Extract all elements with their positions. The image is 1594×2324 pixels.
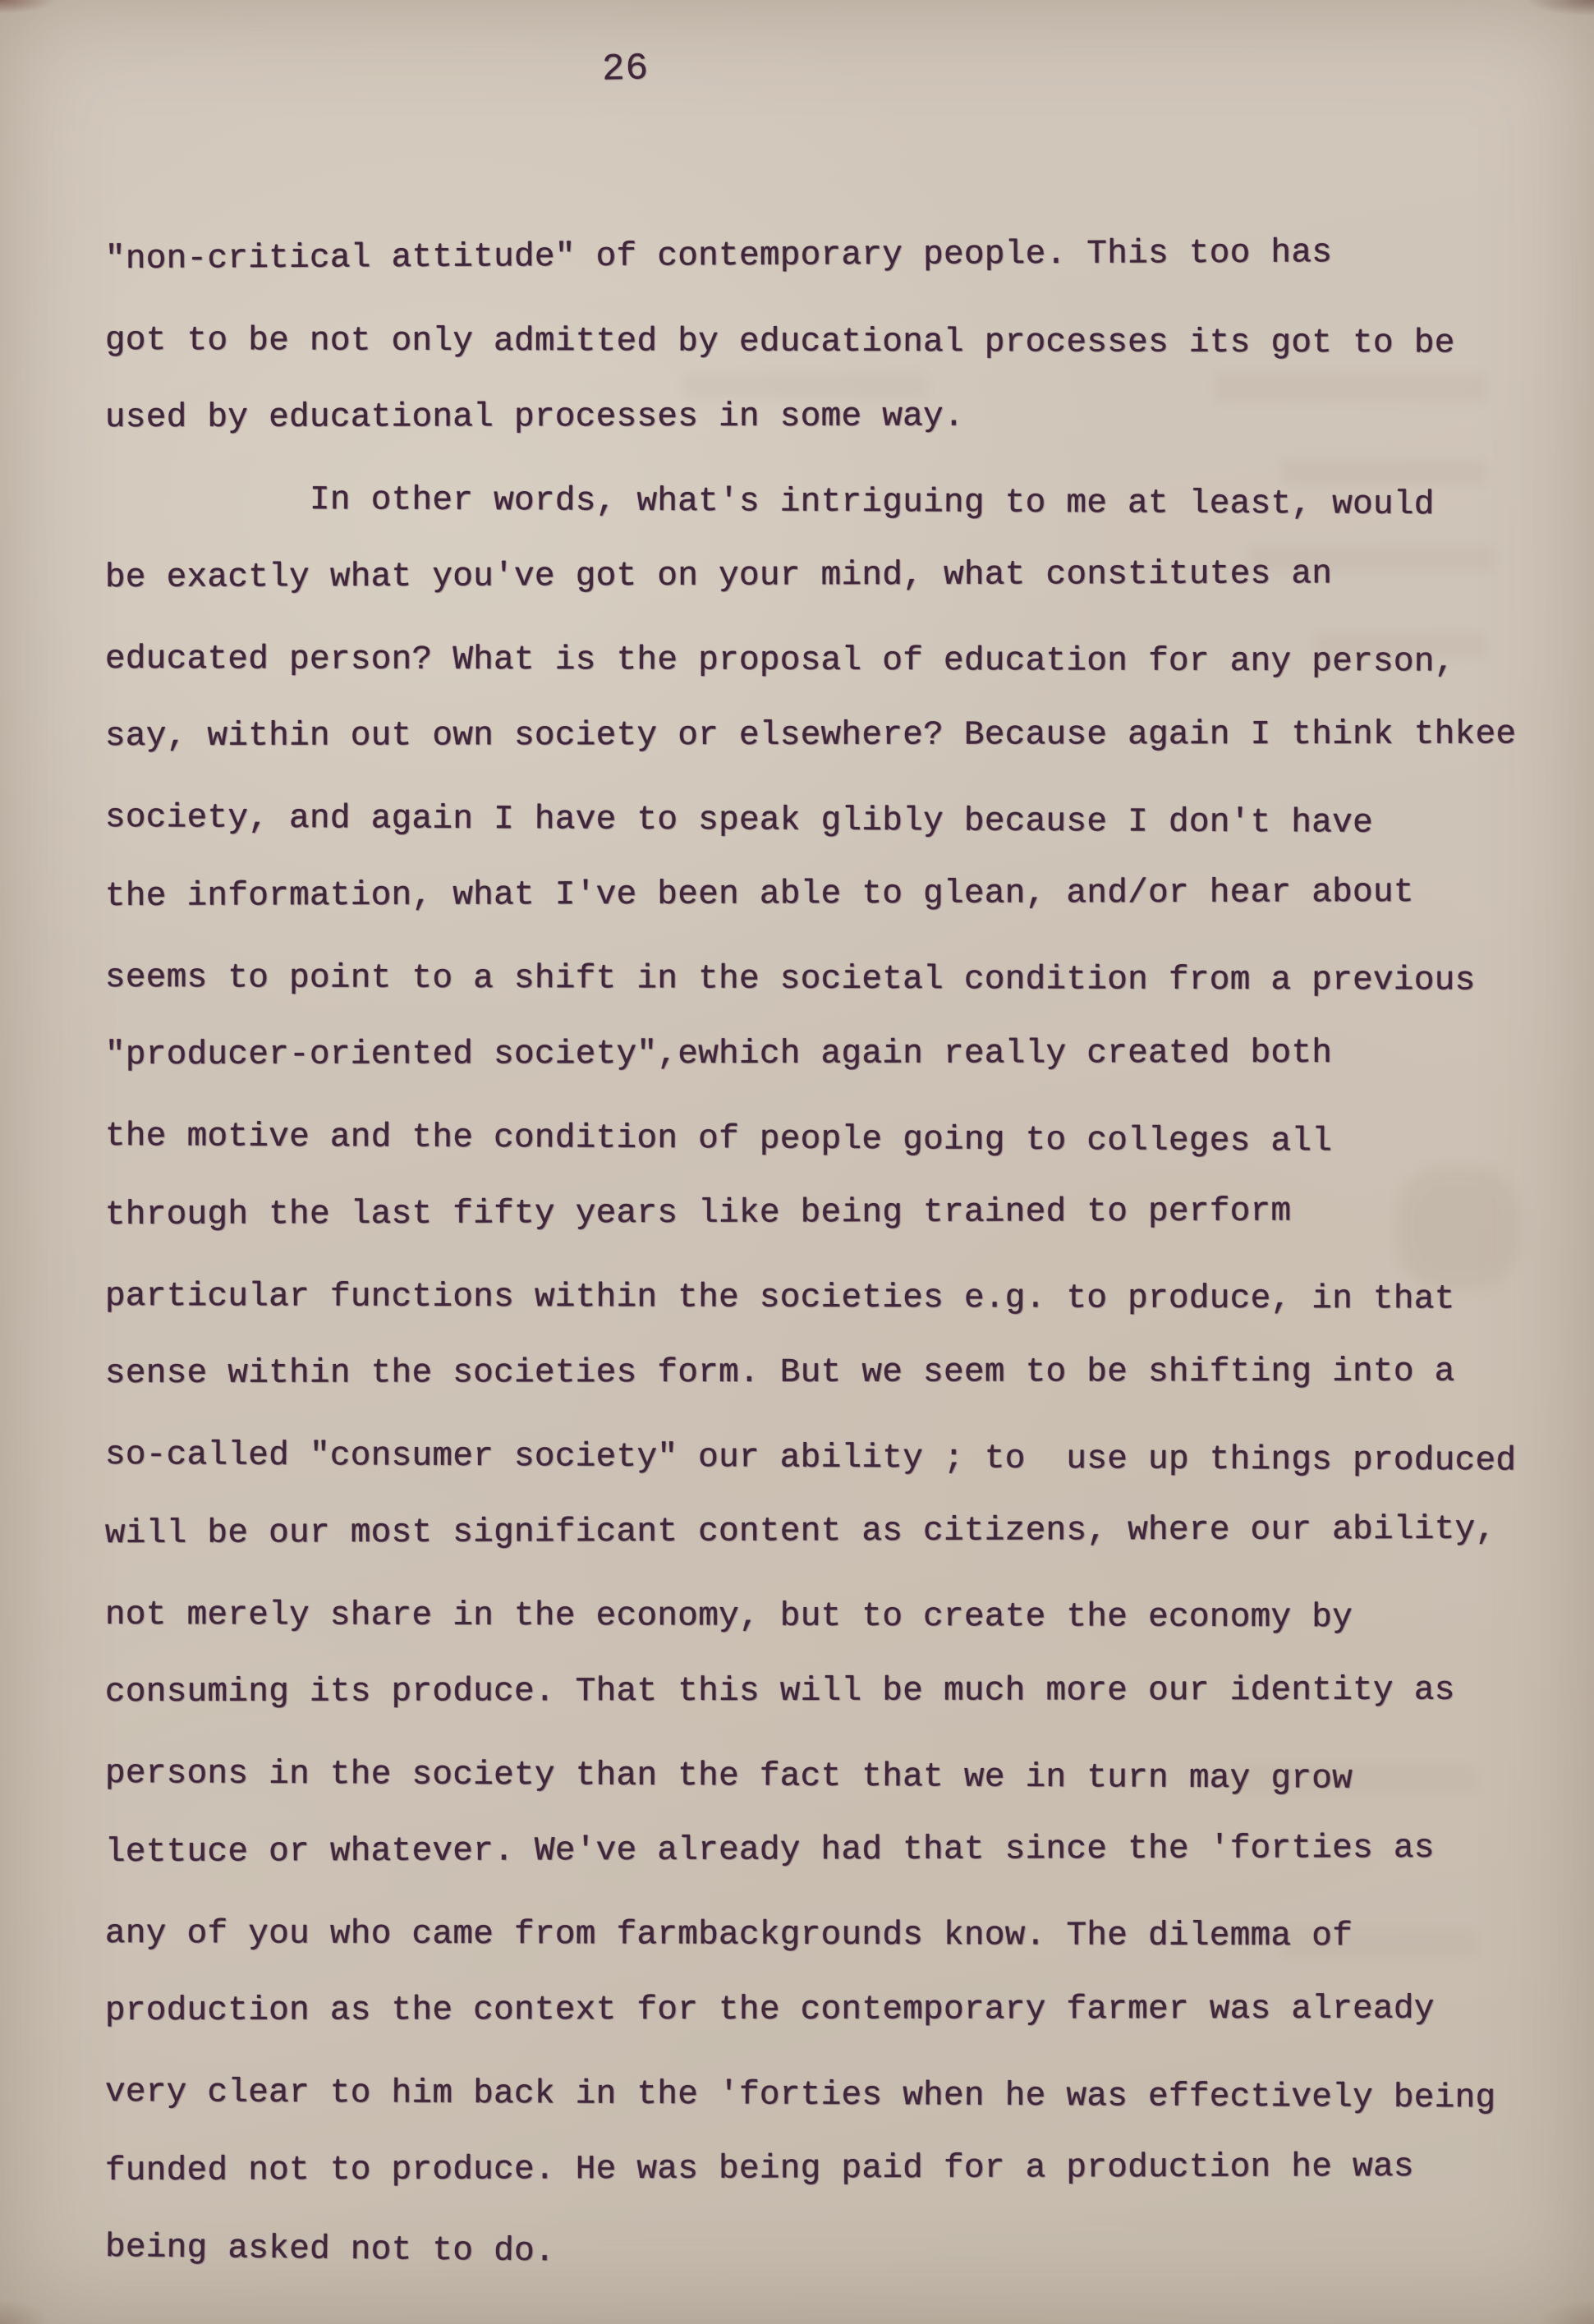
text-line-18: not merely share in the economy, but to … [105,1576,1550,1659]
text-line-22: any of you who came from farmbackgrounds… [105,1895,1550,1977]
page-number: 26 [601,47,650,90]
text-line-12: the motive and the condition of people g… [105,1097,1550,1183]
text-line-11: "producer-oriented society",ewhich again… [105,1014,1550,1095]
text-line-19: consuming its produce. That this will be… [105,1651,1550,1733]
text-line-20: persons in the society than the fact tha… [105,1734,1550,1821]
text-line-23: production as the context for the contem… [105,1970,1550,2051]
typewritten-text: "non-critical attitude" of contemporary … [105,220,1550,2291]
text-line-4: In other words, what's intriguing to me … [105,460,1550,546]
text-line-14: particular functions within the societie… [105,1257,1550,1340]
text-line-15: sense within the societies form. But we … [105,1333,1550,1414]
text-line-2: got to be not only admitted by education… [105,301,1550,384]
text-line-13: through the last fifty years like being … [105,1171,1550,1256]
text-line-6: educated person? What is the proposal of… [105,620,1550,703]
text-line-21: lettuce or whatever. We've already had t… [105,1808,1550,1893]
text-line-26: being asked not to do. [105,2208,1551,2302]
text-line-25: funded not to produce. He was being paid… [105,2127,1550,2211]
document-page: 26 "non-critical attitude" of contempora… [0,0,1594,2324]
text-line-8: society, and again I have to speak glibl… [105,778,1550,865]
text-line-16: so-called "consumer society" our ability… [105,1416,1550,1502]
text-line-17: will be our most significant content as … [105,1490,1550,1574]
text-line-10: seems to point to a shift in the societa… [105,939,1550,1022]
text-line-24: very clear to him back in the 'forties w… [105,2053,1550,2139]
text-line-9: the information, what I've been able to … [105,852,1550,937]
text-line-5: be exactly what you've got on your mind,… [105,534,1550,618]
text-line-1: "non-critical attitude" of contemporary … [105,213,1550,300]
text-line-7: say, within out own society or elsewhere… [105,696,1550,777]
text-line-3: used by educational processes in some wa… [105,377,1550,458]
